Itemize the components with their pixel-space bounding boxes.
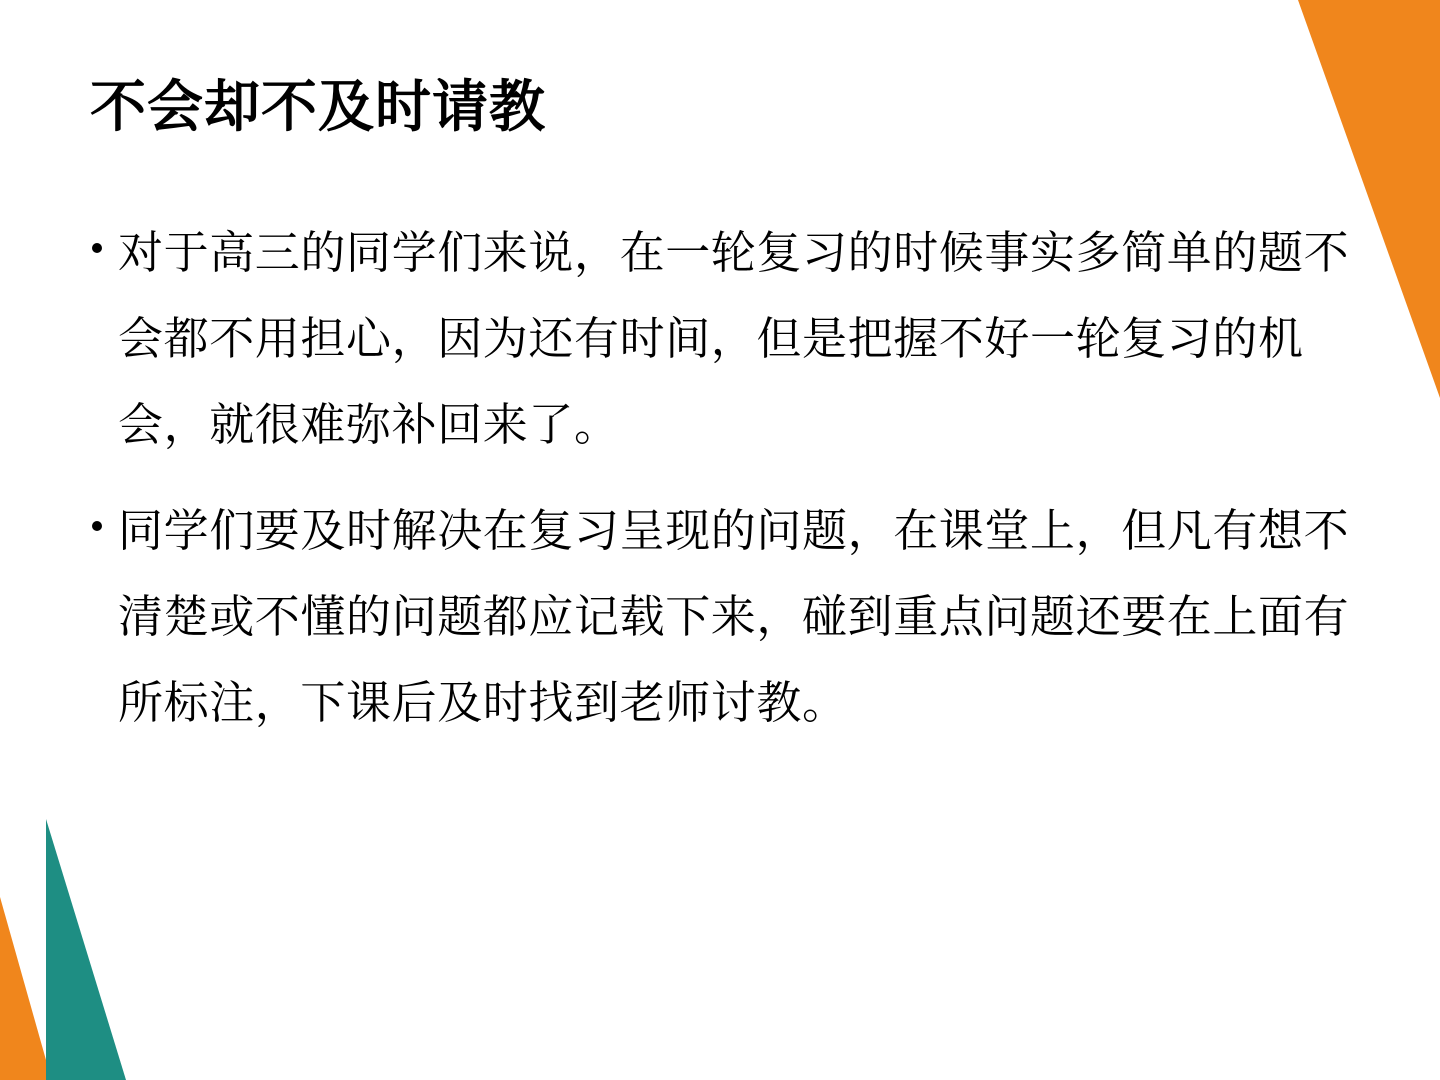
bullet-item: 同学们要及时解决在复习呈现的问题，在课堂上，但凡有想不清楚或不懂的问题都应记载下… <box>86 488 1356 746</box>
bullet-text: 对于高三的同学们来说，在一轮复习的时候事实多简单的题不会都不用担心，因为还有时间… <box>118 226 1349 451</box>
slide: 不会却不及时请教 对于高三的同学们来说，在一轮复习的时候事实多简单的题不会都不用… <box>0 0 1440 1080</box>
bullet-text: 同学们要及时解决在复习呈现的问题，在课堂上，但凡有想不清楚或不懂的问题都应记载下… <box>118 504 1349 729</box>
bullet-item: 对于高三的同学们来说，在一轮复习的时候事实多简单的题不会都不用担心，因为还有时间… <box>86 210 1356 468</box>
slide-title: 不会却不及时请教 <box>90 70 546 146</box>
bullet-dot-icon <box>92 521 102 531</box>
bottom-left-orange-triangle <box>0 897 46 1080</box>
bullet-list: 对于高三的同学们来说，在一轮复习的时候事实多简单的题不会都不用担心，因为还有时间… <box>86 210 1356 766</box>
bullet-dot-icon <box>92 243 102 253</box>
bottom-left-teal-triangle <box>46 819 126 1080</box>
